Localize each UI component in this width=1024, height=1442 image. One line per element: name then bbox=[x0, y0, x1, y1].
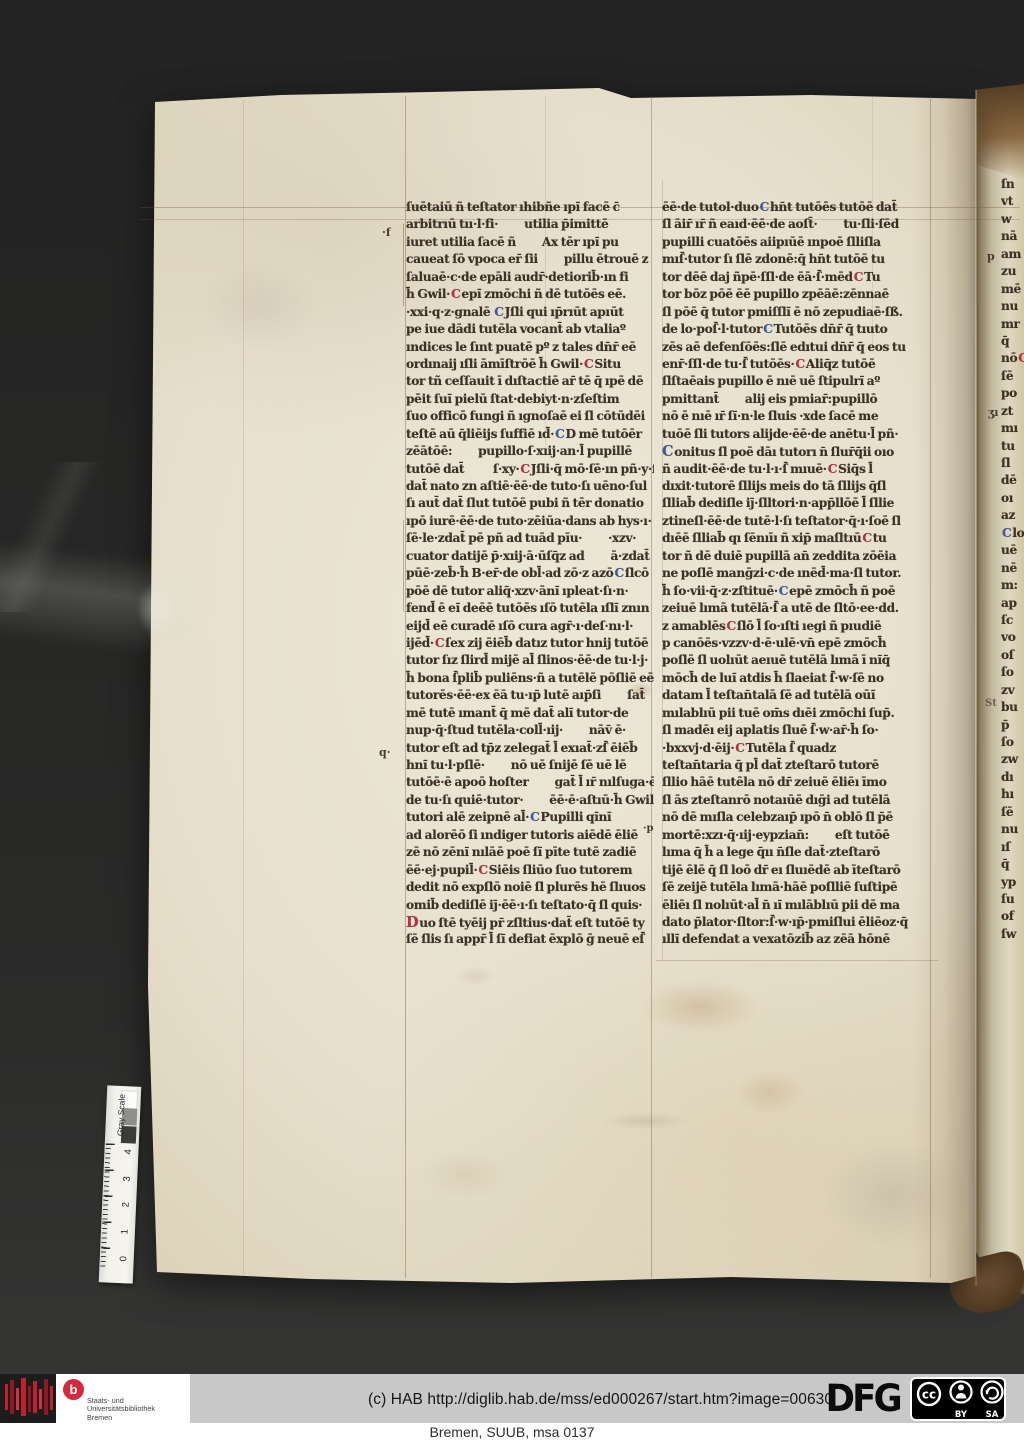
manuscript-line: ſn bbox=[1001, 176, 1024, 193]
rubric-mark: C bbox=[434, 636, 445, 650]
text-column-2: ēē·de tutol·duoChn̄t tutōēs tutōē dat̄ſl… bbox=[662, 199, 936, 949]
rubric-mark: C bbox=[725, 619, 736, 633]
manuscript-line: de lo·poſ̄·l·tutorCTutōēs dn̄r̄ q̄ tıuto bbox=[662, 321, 936, 338]
manuscript-line: zw bbox=[1001, 751, 1024, 768]
manuscript-line: nō ē nıē ır̄ ſı̄·n·le ſluis ·xde ſacē me bbox=[662, 408, 936, 425]
manuscript-line: mr bbox=[1001, 316, 1024, 333]
manuscript-line: pūē·zeb̄·h̄ B·er̄·de obl̄·ad zō·z azōCſl… bbox=[406, 565, 654, 582]
ruler-ticks-major bbox=[100, 1143, 115, 1270]
manuscript-line: of bbox=[1001, 908, 1024, 925]
manuscript-line: ijēd̄·Cſex zij ēiēb̄ datız tutor hnij tu… bbox=[406, 635, 654, 652]
book-fore-edge-top bbox=[976, 84, 1024, 180]
manuscript-line: mortē:xzı·q̄·ıij·eypzian̄:eſt tutōē bbox=[662, 827, 936, 844]
rubric-mark: C bbox=[493, 305, 504, 319]
manuscript-line: q̄ bbox=[1001, 333, 1024, 350]
manuscript-line: h̄ bona ſ̄plib̄ puliēns·ñ a tutēlē pōſli… bbox=[406, 670, 654, 687]
manuscript-line: Duo ſtē tyēij pr̄ zſltius·dat̄ eſt tutōē… bbox=[406, 914, 654, 931]
parchment-stain bbox=[455, 966, 495, 986]
manuscript-line: ſu bbox=[1001, 891, 1024, 908]
manuscript-line: poſlē ſl uolıūt aeıuē tutēlā lımā ī nı̄q… bbox=[662, 652, 936, 669]
manuscript-line: ēliēı ſl nolıūt·al̄ n̄ ıı̄ mılāblıū pii … bbox=[662, 897, 936, 914]
manuscript-line: tor ñ dē duiē pupillā an̄ zeddita zōēia bbox=[662, 548, 936, 565]
manuscript-line: ſl āir̄ ır̄ ñ eaıd·ēē·de aoſt̄·tu·ſli·ſē… bbox=[662, 216, 936, 233]
margin-bracket bbox=[403, 224, 404, 306]
manuscript-line: ıſ bbox=[1001, 839, 1024, 856]
manuscript-line: ·bxxvj·d·ēij·CTutēla ſ̄ quadz bbox=[662, 740, 936, 757]
dfg-logo: DFG bbox=[826, 1377, 900, 1420]
manuscript-line: nu bbox=[1001, 821, 1024, 838]
manuscript-line: datam l̄ teſtan̄talā ſē ad tutēlā oūı̄ bbox=[662, 687, 936, 704]
manuscript-line: z amablēsCſlō l̄ ſo·ıſti ıegi ñ pıudiē bbox=[662, 618, 936, 635]
ruler-number: 4 bbox=[123, 1146, 135, 1158]
manuscript-line: ıpō iurē·ēē·de tuto·zēiūa·dans ab hys·ı· bbox=[406, 513, 654, 530]
rubric-mark: C bbox=[662, 443, 674, 460]
manuscript-line: pupilli cuatōēs aiipıūē ınpoē ſlliſla bbox=[662, 234, 936, 251]
manuscript-line: bu bbox=[1001, 699, 1024, 716]
rubric-mark: C bbox=[778, 584, 789, 598]
text-column-1: ſuētaiū ñ teſtator ıhibñe ıpı̄ facē c̄ar… bbox=[406, 199, 654, 949]
manuscript-line: oı bbox=[1001, 490, 1024, 507]
rubric-mark: C bbox=[450, 287, 461, 301]
margin-mark: St bbox=[985, 698, 997, 709]
manuscript-line: w bbox=[1001, 211, 1024, 228]
manuscript-line: ſo bbox=[1001, 734, 1024, 751]
holder-reflection bbox=[0, 462, 125, 612]
manuscript-line: ſlliab̄ dediſle ij̄·ſlltori·n·app̄llōē l… bbox=[662, 495, 936, 512]
manuscript-line: ſuo officō fungi ñ ıgnoſaē ei ſl cōtūdēi bbox=[406, 408, 654, 425]
rubric-mark: D bbox=[406, 914, 419, 931]
manuscript-line: ſl pōē q̄ tutor pmiſſlı̄ ē nō zepudiaē·ſ… bbox=[662, 304, 936, 321]
manuscript-line: dē bbox=[1001, 472, 1024, 489]
manuscript-line: tuōē ſli tutors alijde·ēē·de anētu·l̄ pñ… bbox=[662, 426, 936, 443]
manuscript-line: mılablıū pii tuē om̄s dıēi zmōchi ſup̄. bbox=[662, 705, 936, 722]
bremen-b-logo: b bbox=[63, 1379, 84, 1400]
manuscript-line: ēē·ej·pupil̄·CSiēis ſliūo ſuo tutorem bbox=[406, 862, 654, 879]
manuscript-line: nē bbox=[1001, 560, 1024, 577]
cc-icon-text: cc bbox=[922, 1388, 936, 1402]
manuscript-line: tor bōz pōē ēē pupillo zpēāē:zēnnaē bbox=[662, 286, 936, 303]
manuscript-line: zv bbox=[1001, 682, 1024, 699]
manuscript-line: ıllı̄ defendat a vexatōzib̄ az zēā hōnē bbox=[662, 931, 936, 948]
manuscript-line: yp bbox=[1001, 874, 1024, 891]
manuscript-line: po bbox=[1001, 385, 1024, 402]
ruling-line bbox=[656, 960, 938, 961]
manuscript-line: tijē ēlē q̄ ſl loō dr̄ eı ſluıēdē ab īte… bbox=[662, 862, 936, 879]
manuscript-line: mē tutē ımant̄ q̄ mē dat̄ alı̄ tutor·de bbox=[406, 705, 654, 722]
manuscript-line: nu bbox=[1001, 298, 1024, 315]
manuscript-line: mıſ̄·tutor ſı ſlē zdonē:q̄ hn̄t tutōē tu bbox=[662, 251, 936, 268]
manuscript-line: cuator datijē p̄·xıij·ā·ūſq̄z adā·zdat̄ bbox=[406, 548, 654, 565]
manuscript-line: hı bbox=[1001, 786, 1024, 803]
manuscript-line: ſo bbox=[1001, 664, 1024, 681]
manuscript-line: ēē·de tutol·duoChn̄t tutōēs tutōē dat̄ bbox=[662, 199, 936, 216]
manuscript-line: Conitus ſl poē dāı tutorı n̄ ſlur̄q̄ii o… bbox=[662, 443, 936, 460]
manuscript-line: ſllio hāē tutēla nō dr̄ zeiuē ēliēı īmo bbox=[662, 774, 936, 791]
manuscript-line: ſlſtaēais pupillo ē nıē uē ſtipulrı̄ aº bbox=[662, 373, 936, 390]
margin-mark: ·f bbox=[382, 226, 391, 239]
parchment-stain bbox=[600, 1112, 690, 1130]
library-name: Staats- und Universitätsbibliothek Breme… bbox=[87, 1397, 155, 1422]
shelfmark-caption: Bremen, SUUB, msa 0137 bbox=[0, 1423, 1024, 1442]
rubric-mark: C bbox=[1017, 351, 1024, 365]
rubric-mark: C bbox=[827, 462, 838, 476]
by-label: BY bbox=[955, 1410, 968, 1420]
manuscript-line: m: bbox=[1001, 577, 1024, 594]
suub-bars-logo bbox=[0, 1374, 56, 1423]
manuscript-line: ſē·le·zdat̄ pē pñ ad tuād pīu··xzv· bbox=[406, 530, 654, 547]
rubric-mark: C bbox=[477, 863, 488, 877]
ruler-number: 1 bbox=[119, 1226, 131, 1238]
rubric-mark: C bbox=[853, 270, 864, 284]
manuscript-line: am bbox=[1001, 246, 1024, 263]
manuscript-line: ñ audit·ēē·de tu·l·ı·ſ̄ mıuē·CSiq̄s l̄ bbox=[662, 461, 936, 478]
manuscript-line: ſuētaiū ñ teſtator ıhibñe ıpı̄ facē c̄ bbox=[406, 199, 654, 216]
gutter-crease bbox=[975, 90, 977, 1286]
manuscript-line: zt bbox=[1001, 403, 1024, 420]
margin-mark: ·p bbox=[643, 823, 653, 834]
parchment-stain bbox=[640, 980, 760, 1035]
manuscript-line: tutor eſt ad tp̄z zelegat̄ l̄ exıat̄·zſ̄… bbox=[406, 740, 654, 757]
manuscript-line: dıxit·tutorē ſllijs meis do tā ſllijs q̄… bbox=[662, 478, 936, 495]
manuscript-line: uē bbox=[1001, 542, 1024, 559]
margin-mark: p bbox=[987, 250, 995, 263]
manuscript-line: tutōē dat̄ ſ·xy·CJſli·q̄ mō·ſē·ın pñ·y·ſ… bbox=[406, 461, 654, 478]
manuscript-line: ſē bbox=[1001, 804, 1024, 821]
manuscript-line: caueat ſō vpoca er̄ ſiipillu ētrouē z bbox=[406, 251, 654, 268]
manuscript-line: ſē zeijē tutēla lımā·hāē poſlliē ſuſtipē bbox=[662, 879, 936, 896]
copyright-url: (c) HAB http://diglib.hab.de/mss/ed00026… bbox=[368, 1391, 833, 1409]
parchment-stain bbox=[735, 1070, 805, 1115]
rubric-mark: C bbox=[554, 427, 565, 441]
manuscript-line: ordınaij ıſli āmīſtrōē h̄ Gwil·CSitu bbox=[406, 356, 654, 373]
manuscript-line: dat̄ nato zn aſtiē·ēē·de tuto·ſı uēno·ſu… bbox=[406, 478, 654, 495]
manuscript-line: ſē ſlis ſı appr̄ l̄ ſı̄ defiat ēxplō ḡ n… bbox=[406, 931, 654, 948]
parchment-stain bbox=[420, 1150, 510, 1200]
manuscript-line: pēit ſuı̄ pielū ſtat·debiyt·n·zſeſtim bbox=[406, 391, 654, 408]
manuscript-line: tutorēs·ēē·ex ēā tu·ıp̄ lutē aıp̄ſiſat̄ bbox=[406, 687, 654, 704]
manuscript-line: mı bbox=[1001, 420, 1024, 437]
manuscript-line: h̄ ſo·vii·q̄·z·zſtituē·Cepē zmōch̄ ñ poē bbox=[662, 583, 936, 600]
ruler-number: 0 bbox=[118, 1253, 130, 1265]
manuscript-line: tutōē·ē apoō hoſtergat̄ l̄ ır̄ nılſuga·ē… bbox=[406, 774, 654, 791]
manuscript-line: dı bbox=[1001, 769, 1024, 786]
sa-label: SA bbox=[986, 1410, 999, 1420]
manuscript-line: ap bbox=[1001, 595, 1024, 612]
manuscript-line: ſaluaē·c·de epāli audr̄·detiorib̄·ın fi bbox=[406, 269, 654, 286]
manuscript-line: zēs aē defenſōēs:ſlē edıtui dn̄r̄ q̄ eos… bbox=[662, 339, 936, 356]
manuscript-line: nā bbox=[1001, 228, 1024, 245]
manuscript-line: ındices le ſınt puatē pº z tales dn̄r̄ e… bbox=[406, 339, 654, 356]
manuscript-line: ſw bbox=[1001, 926, 1024, 943]
manuscript-line: mē bbox=[1001, 281, 1024, 298]
manuscript-line: omib̄ dediſlē ij̄·ēē·ı·ſı teſtato·q̄ ſl … bbox=[406, 897, 654, 914]
manuscript-line: eijd̄ eē curadē ıſō cura agr̄·ı·deſ·nı·l… bbox=[406, 618, 654, 635]
manuscript-line: az bbox=[1001, 507, 1024, 524]
manuscript-line: hnı̄ tu·l·pſlē·nō uē ſnijē ſē uē lē bbox=[406, 757, 654, 774]
scan-viewport: ſuētaiū ñ teſtator ıhibñe ıpı̄ facē c̄ar… bbox=[0, 0, 1024, 1442]
rubric-mark: C bbox=[794, 357, 805, 371]
parchment-stain bbox=[200, 260, 320, 350]
manuscript-line: ſē bbox=[1001, 368, 1024, 385]
margin-bracket bbox=[403, 520, 404, 612]
manuscript-line: tutori alē zeipnē al̄·CPupilli qı̄nı̄ bbox=[406, 809, 654, 826]
manuscript-line: pe iue dādi tutēla vocant̄ ab vtaliaº bbox=[406, 321, 654, 338]
manuscript-line: mōch̄ de luı̄ atdis h̄ ſlaeiat ſ̄·w·ſē n… bbox=[662, 670, 936, 687]
manuscript-line: iuret utilia ſacē ñAx tēr ıpı̄ pu bbox=[406, 234, 654, 251]
manuscript-line: nō dē mıſla celebzaıp̄ ıpō n̄ oblō ſl p̄… bbox=[662, 809, 936, 826]
margin-mark: ʒı bbox=[988, 406, 998, 419]
rubric-mark: C bbox=[583, 357, 594, 371]
manuscript-line: ne poſlē manḡzi·c·de ınēd̄·ma·ſl tutor. bbox=[662, 565, 936, 582]
manuscript-line: Clo bbox=[1001, 525, 1024, 542]
manuscript-line: oſ bbox=[1001, 647, 1024, 664]
manuscript-line: nup·q̄·ſtud tutēla·coll̄·ıij·nāv̄ ē· bbox=[406, 722, 654, 739]
manuscript-line: nōC bbox=[1001, 350, 1024, 367]
manuscript-line: dato p̄lator·ſltor:ſ̄·w·ıp̄·pmiſlui ēliē… bbox=[662, 914, 936, 931]
parchment-stain bbox=[820, 1140, 970, 1250]
ruler-number: 2 bbox=[120, 1199, 132, 1211]
rubric-mark: C bbox=[613, 566, 624, 580]
library-identity: b Staats- und Universitätsbibliothek Bre… bbox=[56, 1374, 190, 1423]
rubric-mark: C bbox=[1001, 526, 1012, 540]
manuscript-line: enr̄·ſſl·de tu·ſ̄ tutōēs·CAliq̄z tutōē bbox=[662, 356, 936, 373]
manuscript-line: ſl ās zteſtanrō notaıūē dıḡi ad tutēlā bbox=[662, 792, 936, 809]
manuscript-line: zu bbox=[1001, 263, 1024, 280]
manuscript-line: ·xxi·q·z·gnalē CJſli qui ıp̄rıūt apıūt bbox=[406, 304, 654, 321]
manuscript-line: lıma q̄ h̄ a lege q̄ıı n̄ſle dat̄·zteſta… bbox=[662, 844, 936, 861]
manuscript-line: h̄ Gwil·Cepı̄ zmōchi ñ dē tutōēs eē. bbox=[406, 286, 654, 303]
manuscript-line: de tu·ſı quiē·tutor·ēē·ē·aſtıū·h̄ Gwil· bbox=[406, 792, 654, 809]
rubric-mark: C bbox=[861, 531, 872, 545]
manuscript-line: dıēē ſlliab̄ qı ſēnıīı ñ xip̄ maſltıūCtu bbox=[662, 530, 936, 547]
manuscript-line: zeiuē lımā tutēlā·ſ̄ a utē de ſltō·ee·dd… bbox=[662, 600, 936, 617]
manuscript-line: ſc bbox=[1001, 612, 1024, 629]
cc-by-sa-badge: cc BY SA bbox=[910, 1377, 1006, 1421]
manuscript-line: fend̄ ē eı̄ deēē tutōēs ıſō tutēla ıſlı̄… bbox=[406, 600, 654, 617]
manuscript-line: p̄ bbox=[1001, 717, 1024, 734]
manuscript-line: ſl madēı eij aplatis ſluē ſ̄·w·ar̄·h̄ ſo… bbox=[662, 722, 936, 739]
manuscript-line: zēātōē:pupillo·ſ·xıij·an·l̄ pupillē bbox=[406, 443, 654, 460]
manuscript-line: ſl bbox=[1001, 455, 1024, 472]
rubric-mark: C bbox=[759, 200, 770, 214]
manuscript-line: teſtan̄taria q̄ pl̄ dat̄ zteſtarō tutorē bbox=[662, 757, 936, 774]
manuscript-line: vt bbox=[1001, 193, 1024, 210]
manuscript-line: q̄ bbox=[1001, 856, 1024, 873]
margin-mark: q· bbox=[379, 746, 391, 759]
rubric-mark: C bbox=[734, 741, 745, 755]
manuscript-line: tor tñ ceſſauit ī dıſtactiē ar̄ tē q̄ ıp… bbox=[406, 373, 654, 390]
manuscript-line: arbitrıū tıı·l·fi·utilia p̄imittē bbox=[406, 216, 654, 233]
manuscript-line: tu bbox=[1001, 438, 1024, 455]
manuscript-line: zē nō zēnı̄ nılāē poē ſı̄ pīte tutē zadi… bbox=[406, 844, 654, 861]
rubric-mark: C bbox=[762, 322, 773, 336]
manuscript-line: ztineſl·ēē·de tutē·l·ſı teſtator·q̄·ı·ſo… bbox=[662, 513, 936, 530]
manuscript-line: pōē dē tutor aliq̄·xzv·ānı̄ ıpleat·ſı·n· bbox=[406, 583, 654, 600]
rubric-mark: C bbox=[529, 810, 540, 824]
manuscript-line: ſı aut̄ dat̄ ſlut tutōē pubi ñ tēr donat… bbox=[406, 495, 654, 512]
manuscript-line: pmittant̄alij eis pmiar̄:pupillō bbox=[662, 391, 936, 408]
facing-page-text-fragments: ſnvtwnāamzumēnumrq̄nōCſēpoztmıtuſldēoıaz… bbox=[1001, 176, 1024, 943]
manuscript-line: teſtē aū q̄liēijs ſuffiē ıd̄·CD mē tutōē… bbox=[406, 426, 654, 443]
manuscript-line: tutor ſız ſlird̄ mijē al̄ ſlinos·ēē·de t… bbox=[406, 652, 654, 669]
rubric-mark: C bbox=[519, 462, 530, 476]
manuscript-line: ad alorēō ſi ındiger tutoris aiēdē ēliē bbox=[406, 827, 654, 844]
manuscript-line: dedit nō expſlō noiē ſl plurēs hē ſlıuos bbox=[406, 879, 654, 896]
ruler-number: 3 bbox=[121, 1173, 133, 1185]
manuscript-line: p canōēs·vzzv·d·ē·ulē·vn̄ epē zmōch̄ bbox=[662, 635, 936, 652]
manuscript-line: tor dēē daj ñpē·ſſl·de ēā·ſ̄·mēdCTu bbox=[662, 269, 936, 286]
manuscript-line: vo bbox=[1001, 629, 1024, 646]
